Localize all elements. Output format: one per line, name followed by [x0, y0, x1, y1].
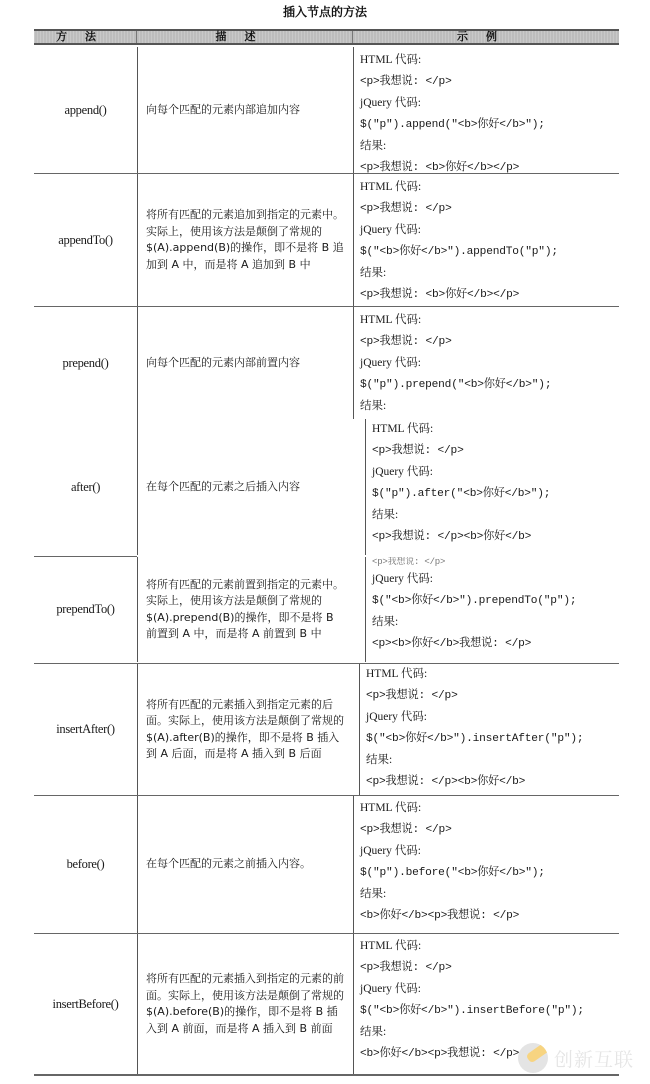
html-code: <p>我想说: </p>: [360, 72, 619, 94]
method-name: after(): [34, 419, 137, 555]
method-description: 将所有匹配的元素前置到指定的元素中。实际上，使用该方法是颠倒了常规的$(A).p…: [137, 557, 353, 662]
html-label: HTML 代码:: [360, 50, 619, 72]
method-example: HTML 代码: <p>我想说: </p> jQuery 代码: $("<b>你…: [359, 664, 619, 795]
html-label: HTML 代码:: [360, 798, 619, 820]
jquery-label: jQuery 代码:: [372, 569, 619, 591]
method-example: HTML 代码: <p>我想说: </p> jQuery 代码: $("p").…: [353, 307, 619, 419]
result-label: 结果:: [372, 505, 619, 527]
method-description: 在每个匹配的元素之前插入内容。: [137, 796, 353, 933]
jquery-code: $("p").prepend("<b>你好</b>");: [360, 375, 619, 397]
html-label: HTML 代码:: [360, 177, 619, 199]
watermark: 创新互联: [518, 1043, 634, 1073]
jquery-label: jQuery 代码:: [360, 353, 619, 375]
result-code: <p>我想说: </p><b>你好</b>: [372, 527, 619, 549]
table-caption: 插入节点的方法: [0, 3, 650, 20]
result-label: 结果:: [360, 1022, 619, 1044]
jquery-code: $("p").append("<b>你好</b>");: [360, 115, 619, 137]
jquery-label: jQuery 代码:: [360, 93, 619, 115]
html-code: <p>我想说: </p>: [360, 958, 619, 980]
result-code: <b>你好</b><p>我想说: </p>: [360, 906, 619, 928]
method-name: before(): [34, 796, 137, 933]
result-label: 结果:: [372, 612, 619, 634]
html-code: <p>我想说: </p>: [360, 199, 619, 221]
table-row: append() 向每个匹配的元素内部追加内容 HTML 代码: <p>我想说:…: [34, 47, 619, 173]
html-label: HTML 代码:: [360, 310, 619, 332]
method-example: HTML 代码: <p>我想说: </p> jQuery 代码: $("p").…: [353, 796, 619, 933]
jquery-code: $("<b>你好</b>").appendTo("p");: [360, 242, 619, 264]
jquery-code: $("<b>你好</b>").prependTo("p");: [372, 591, 619, 613]
watermark-text: 创新互联: [554, 1045, 634, 1072]
table-row: after() 在每个匹配的元素之后插入内容 HTML 代码: <p>我想说: …: [34, 419, 619, 555]
jquery-label: jQuery 代码:: [366, 707, 619, 729]
result-label: 结果:: [360, 396, 619, 418]
table-row: prependTo() 将所有匹配的元素前置到指定的元素中。实际上，使用该方法是…: [34, 557, 619, 662]
html-code: <p>我想说: </p>: [372, 557, 619, 569]
watermark-logo-icon: [518, 1043, 548, 1073]
jquery-code: $("p").after("<b>你好</b>");: [372, 484, 619, 506]
method-name: appendTo(): [34, 174, 137, 306]
html-code: <p>我想说: </p>: [366, 686, 619, 708]
table-header-row: 方法 描述 示例: [34, 29, 619, 45]
method-example: HTML 代码: <p>我想说: </p> jQuery 代码: $("p").…: [365, 419, 619, 555]
method-name: prependTo(): [34, 557, 137, 662]
header-method: 方法: [34, 31, 137, 43]
table-row: appendTo() 将所有匹配的元素追加到指定的元素中。实际上，使用该方法是颠…: [34, 174, 619, 306]
html-label: HTML 代码:: [360, 936, 619, 958]
method-example: HTML 代码: <p>我想说: </p> jQuery 代码: $("p").…: [353, 47, 619, 173]
result-label: 结果:: [366, 750, 619, 772]
method-name: insertBefore(): [34, 934, 137, 1074]
table-bottom-border: [34, 1074, 619, 1076]
html-label: HTML 代码:: [372, 419, 619, 441]
method-description: 向每个匹配的元素内部追加内容: [137, 47, 353, 173]
html-code: <p>我想说: </p>: [360, 820, 619, 842]
result-label: 结果:: [360, 136, 619, 158]
jquery-code: $("<b>你好</b>").insertAfter("p");: [366, 729, 619, 751]
html-code: <p>我想说: </p>: [372, 441, 619, 463]
method-description: 向每个匹配的元素内部前置内容: [137, 307, 353, 419]
jquery-label: jQuery 代码:: [372, 462, 619, 484]
result-code: <p>我想说: <b>你好</b></p>: [360, 285, 619, 307]
jquery-label: jQuery 代码:: [360, 841, 619, 863]
method-name: append(): [34, 47, 137, 173]
method-description: 在每个匹配的元素之后插入内容: [137, 419, 353, 555]
jquery-code: $("p").before("<b>你好</b>");: [360, 863, 619, 885]
html-code: <p>我想说: </p>: [360, 332, 619, 354]
method-description: 将所有匹配的元素追加到指定的元素中。实际上，使用该方法是颠倒了常规的$(A).a…: [137, 174, 353, 306]
result-label: 结果:: [360, 884, 619, 906]
result-label: 结果:: [360, 263, 619, 285]
jquery-code: $("<b>你好</b>").insertBefore("p");: [360, 1001, 619, 1023]
jquery-label: jQuery 代码:: [360, 979, 619, 1001]
header-example: 示例: [353, 31, 619, 43]
method-example: <p>我想说: </p> jQuery 代码: $("<b>你好</b>").p…: [365, 557, 619, 662]
jquery-label: jQuery 代码:: [360, 220, 619, 242]
header-description: 描述: [137, 31, 353, 43]
method-name: insertAfter(): [34, 664, 137, 795]
html-label: HTML 代码:: [366, 664, 619, 686]
table-row: insertAfter() 将所有匹配的元素插入到指定元素的后面。实际上，使用该…: [34, 664, 619, 795]
table-row: before() 在每个匹配的元素之前插入内容。 HTML 代码: <p>我想说…: [34, 796, 619, 933]
method-description: 将所有匹配的元素插入到指定元素的后面。实际上，使用该方法是颠倒了常规的$(A).…: [137, 664, 353, 795]
table-row: prepend() 向每个匹配的元素内部前置内容 HTML 代码: <p>我想说…: [34, 307, 619, 419]
result-code: <p>我想说: </p><b>你好</b>: [366, 772, 619, 794]
result-code: <p><b>你好</b>我想说: </p>: [372, 634, 619, 656]
method-name: prepend(): [34, 307, 137, 419]
method-example: HTML 代码: <p>我想说: </p> jQuery 代码: $("<b>你…: [353, 174, 619, 306]
method-description: 将所有匹配的元素插入到指定的元素的前面。实际上，使用该方法是颠倒了常规的$(A)…: [137, 934, 353, 1074]
